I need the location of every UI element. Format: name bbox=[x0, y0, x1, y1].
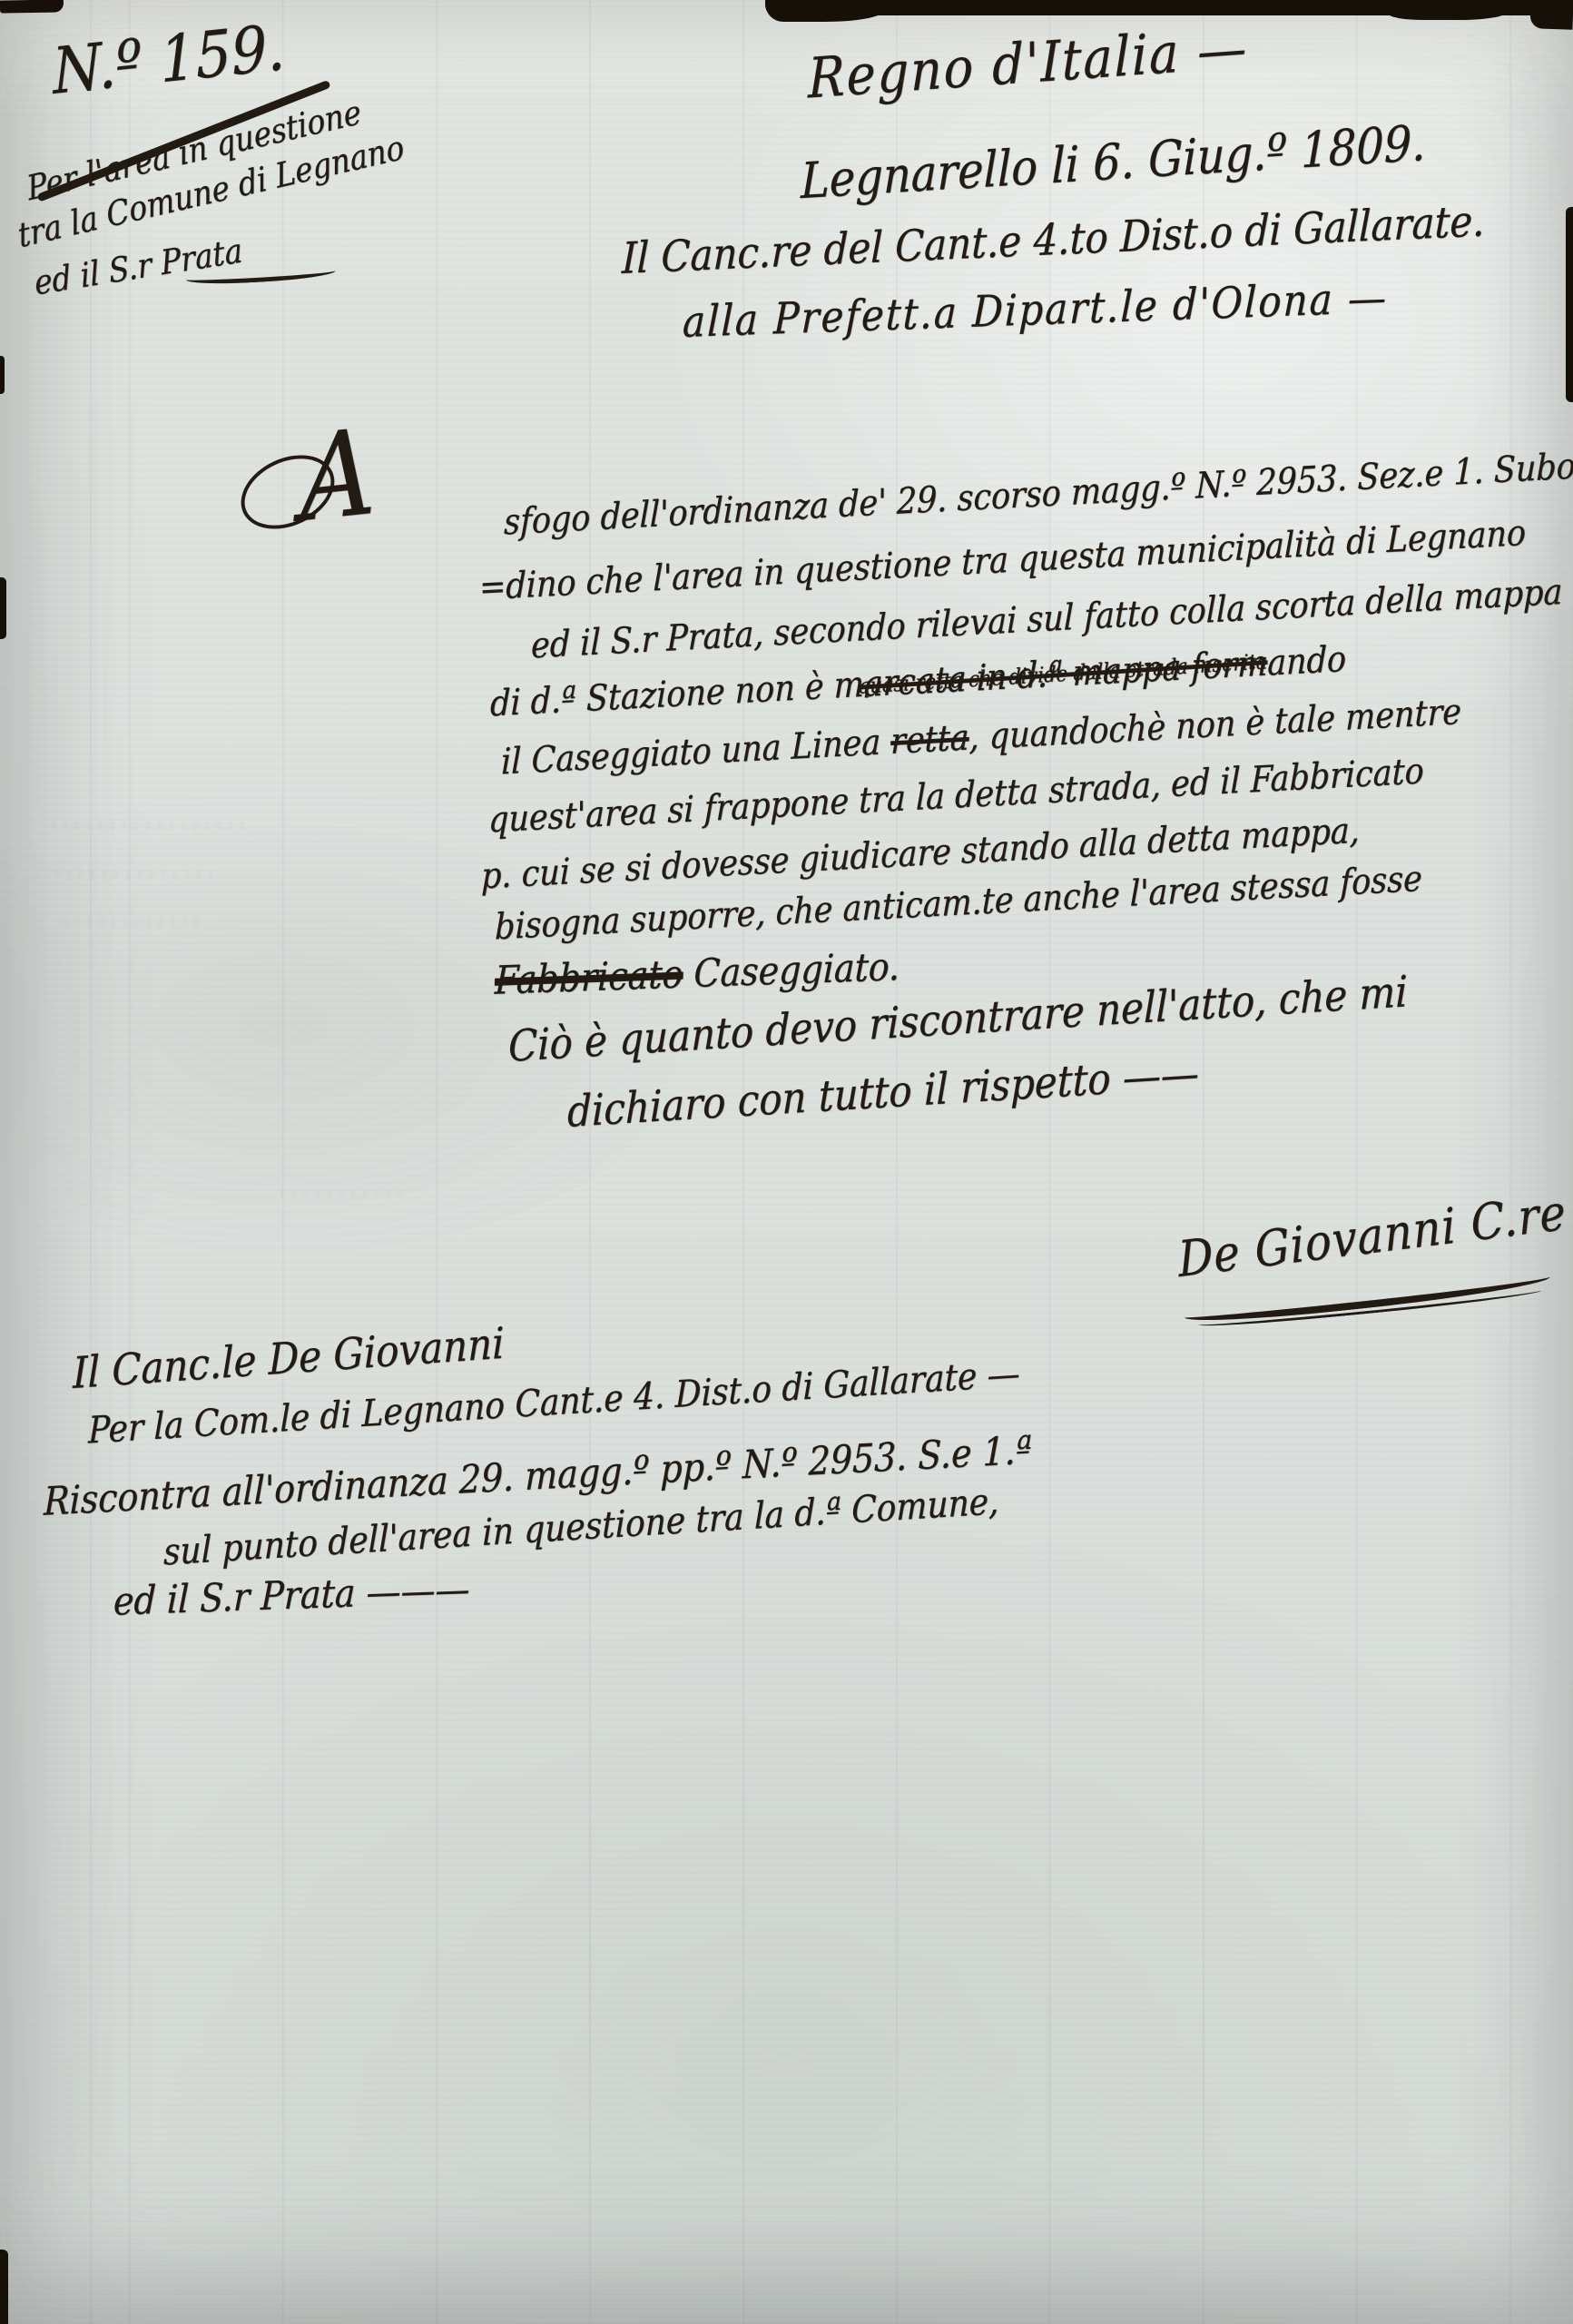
header-kingdom: Regno d'Italia — bbox=[808, 15, 1249, 111]
scan-artifact-top-band-blob1 bbox=[765, 0, 883, 22]
scan-artifact-bottom-left bbox=[0, 2250, 8, 2324]
scan-artifact-top-right-corner bbox=[1529, 0, 1573, 30]
manuscript-page: N.º 159. Per l'area in questione tra la … bbox=[0, 0, 1573, 2324]
scan-artifact-top-band-blob2 bbox=[1389, 0, 1507, 20]
protocol-number: N.º 159. bbox=[51, 9, 286, 108]
bleedthrough-mark bbox=[65, 919, 202, 927]
scan-artifact-left-strip1 bbox=[0, 356, 5, 394]
header-recipient: alla Prefett.a Dipart.le d'Olona — bbox=[682, 272, 1388, 348]
registry-line5: ed il S.r Prata ——— bbox=[113, 1566, 470, 1624]
registry-line1: Il Canc.le De Giovanni bbox=[73, 1318, 505, 1399]
header-dateline: Legnarello li 6. Giug.º 1809. bbox=[801, 114, 1425, 211]
body-line9: Fabbricato Caseggiato. bbox=[494, 944, 900, 1003]
body-line5-struck-word: retta bbox=[890, 717, 969, 763]
bleedthrough-mark bbox=[281, 1189, 408, 1197]
scan-artifact-top-left bbox=[0, 0, 64, 14]
scan-artifact-left-strip2 bbox=[0, 577, 6, 639]
body-line5-part-a: il Caseggiato una Linea bbox=[501, 722, 891, 783]
body-initial-letter: A bbox=[297, 404, 378, 549]
bleedthrough-mark bbox=[56, 870, 220, 879]
body-line9-struck-word: Fabbricato bbox=[494, 951, 683, 1003]
header-office: Il Canc.re del Cant.e 4.to Dist.o di Gal… bbox=[621, 195, 1485, 283]
scan-artifact-right-strip bbox=[1566, 207, 1573, 402]
body-line9-part-b: Caseggiato. bbox=[683, 944, 900, 997]
bleedthrough-mark bbox=[53, 822, 243, 831]
body-line5-part-b: , quandochè non è tale mentre bbox=[968, 692, 1461, 759]
